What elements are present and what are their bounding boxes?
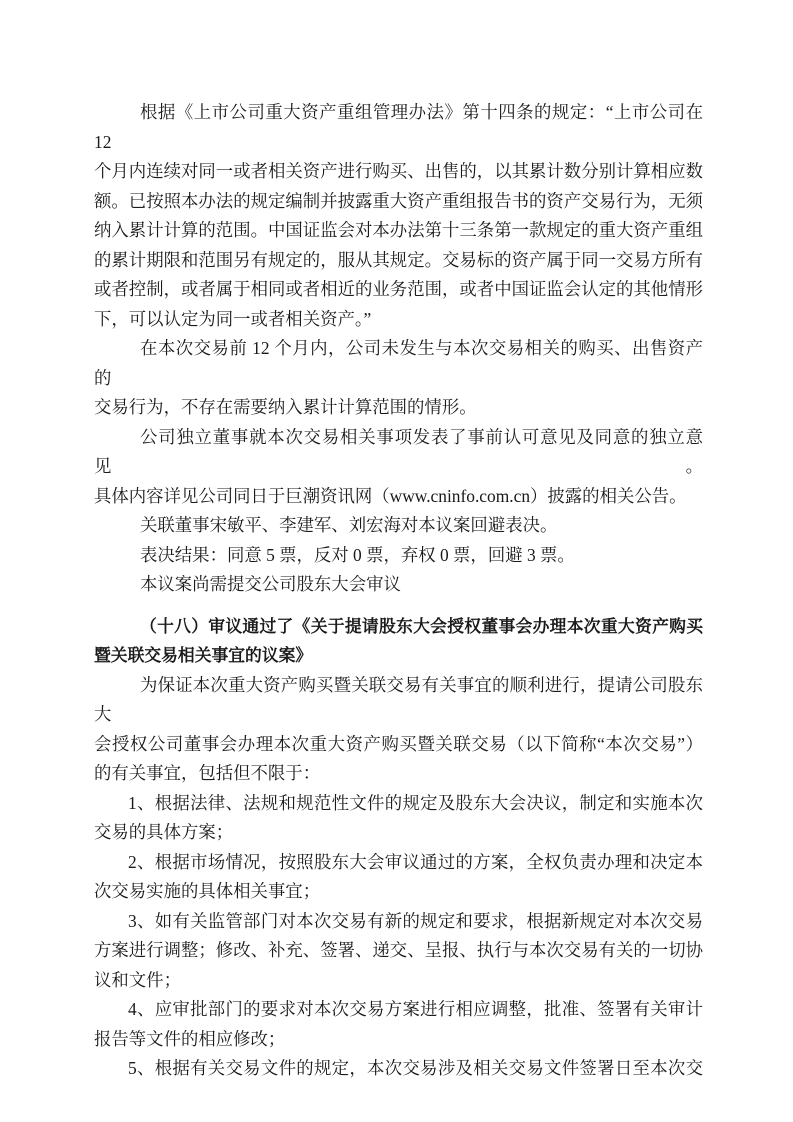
text-line: 交易行为，不存在需要纳入累计计算范围的情形。	[94, 393, 703, 423]
text-line: 额。已按照本办法的规定编制并披露重大资产重组报告书的资产交易行为，无须	[94, 187, 703, 217]
paragraph-block: 为保证本次重大资产购买暨关联交易有关事宜的顺利进行，提请公司股东大会授权公司董事…	[94, 671, 703, 789]
text-line: 4、应审批部门的要求对本次交易方案进行相应调整，批准、签署有关审计	[94, 995, 703, 1025]
text-line: 5、根据有关交易文件的规定，本次交易涉及相关交易文件签署日至本次交	[94, 1054, 703, 1084]
text-line: 下，可以认定为同一或者相关资产。”	[94, 305, 703, 335]
text-line: 纳入累计计算的范围。中国证监会对本办法第十三条第一款规定的重大资产重组	[94, 216, 703, 246]
text-line: 为保证本次重大资产购买暨关联交易有关事宜的顺利进行，提请公司股东大	[94, 671, 703, 730]
text-line: 2、根据市场情况，按照股东大会审议通过的方案，全权负责办理和决定本	[94, 848, 703, 878]
document-content: 根据《上市公司重大资产重组管理办法》第十四条的规定：“上市公司在 12个月内连续…	[94, 98, 703, 1084]
text-line: 议和文件；	[94, 966, 703, 996]
text-line: 次交易实施的具体相关事宜；	[94, 877, 703, 907]
heading-line: 暨关联交易相关事宜的议案》	[94, 641, 703, 671]
paragraph-block: 本议案尚需提交公司股东大会审议	[94, 570, 703, 600]
text-line: 具体内容详见公司同日于巨潮资讯网（www.cninfo.com.cn）披露的相关…	[94, 482, 703, 512]
section-heading: （十八）审议通过了《关于提请股东大会授权董事会办理本次重大资产购买暨关联交易相关…	[94, 612, 703, 671]
text-line: 本议案尚需提交公司股东大会审议	[94, 570, 703, 600]
paragraph-block: 2、根据市场情况，按照股东大会审议通过的方案，全权负责办理和决定本次交易实施的具…	[94, 848, 703, 907]
text-line: 或者控制，或者属于相同或者相近的业务范围，或者中国证监会认定的其他情形	[94, 275, 703, 305]
paragraph-block: 1、根据法律、法规和规范性文件的规定及股东大会决议，制定和实施本次交易的具体方案…	[94, 789, 703, 848]
heading-line: （十八）审议通过了《关于提请股东大会授权董事会办理本次重大资产购买	[94, 612, 703, 642]
paragraph-block: 表决结果：同意 5 票，反对 0 票，弃权 0 票，回避 3 票。	[94, 541, 703, 571]
text-line: 在本次交易前 12 个月内，公司未发生与本次交易相关的购买、出售资产的	[94, 334, 703, 393]
text-line: 会授权公司董事会办理本次重大资产购买暨关联交易（以下简称“本次交易”）	[94, 730, 703, 760]
text-line: 根据《上市公司重大资产重组管理办法》第十四条的规定：“上市公司在 12	[94, 98, 703, 157]
paragraph-block: 关联董事宋敏平、李建军、刘宏海对本议案回避表决。	[94, 511, 703, 541]
text-line: 3、如有关监管部门对本次交易有新的规定和要求，根据新规定对本次交易	[94, 907, 703, 937]
text-line: 交易的具体方案；	[94, 818, 703, 848]
paragraph-block: 在本次交易前 12 个月内，公司未发生与本次交易相关的购买、出售资产的交易行为，…	[94, 334, 703, 423]
text-line: 的累计期限和范围另有规定的，服从其规定。交易标的资产属于同一交易方所有	[94, 246, 703, 276]
text-line: 个月内连续对同一或者相关资产进行购买、出售的，以其累计数分别计算相应数	[94, 157, 703, 187]
paragraph-block: 5、根据有关交易文件的规定，本次交易涉及相关交易文件签署日至本次交	[94, 1054, 703, 1084]
text-line: 方案进行调整；修改、补充、签署、递交、呈报、执行与本次交易有关的一切协	[94, 936, 703, 966]
text-line: 的有关事宜，包括但不限于：	[94, 759, 703, 789]
paragraph-block: 3、如有关监管部门对本次交易有新的规定和要求，根据新规定对本次交易方案进行调整；…	[94, 907, 703, 996]
text-line: 报告等文件的相应修改；	[94, 1025, 703, 1055]
text-line: 公司独立董事就本次交易相关事项发表了事前认可意见及同意的独立意见。	[94, 423, 703, 482]
text-line: 表决结果：同意 5 票，反对 0 票，弃权 0 票，回避 3 票。	[94, 541, 703, 571]
document-page: 根据《上市公司重大资产重组管理办法》第十四条的规定：“上市公司在 12个月内连续…	[0, 0, 793, 1122]
paragraph-block: 4、应审批部门的要求对本次交易方案进行相应调整，批准、签署有关审计报告等文件的相…	[94, 995, 703, 1054]
text-line: 1、根据法律、法规和规范性文件的规定及股东大会决议，制定和实施本次	[94, 789, 703, 819]
text-line: 关联董事宋敏平、李建军、刘宏海对本议案回避表决。	[94, 511, 703, 541]
paragraph-block: 根据《上市公司重大资产重组管理办法》第十四条的规定：“上市公司在 12个月内连续…	[94, 98, 703, 334]
paragraph-block: 公司独立董事就本次交易相关事项发表了事前认可意见及同意的独立意见。具体内容详见公…	[94, 423, 703, 512]
